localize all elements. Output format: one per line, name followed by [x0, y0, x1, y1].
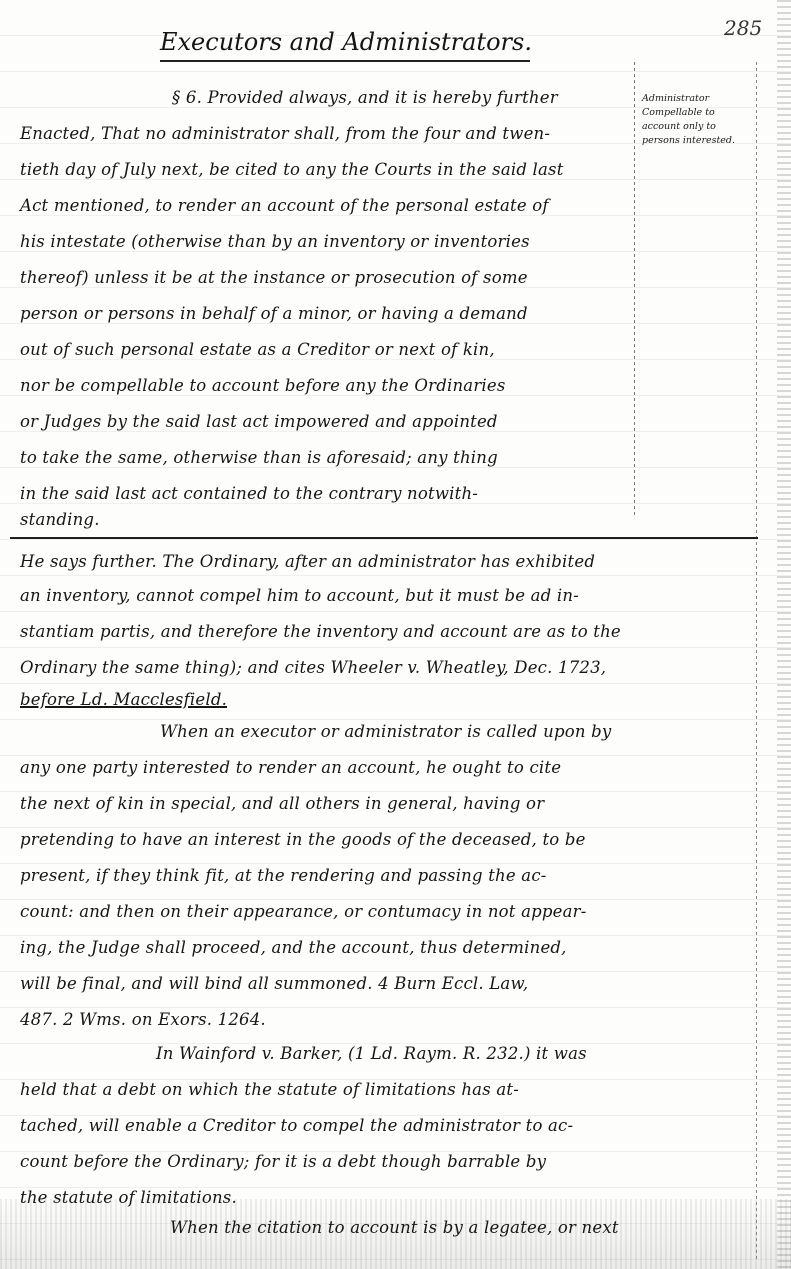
text-line: the statute of limitations. [20, 1188, 237, 1207]
text-line: When the citation to account is by a leg… [170, 1218, 619, 1237]
text-line: tached, will enable a Creditor to compel… [20, 1116, 573, 1135]
page-number: 285 [724, 16, 762, 40]
text-line: held that a debt on which the statute of… [20, 1080, 519, 1099]
text-line: to take the same, otherwise than is afor… [20, 448, 498, 467]
running-head-underline [160, 60, 530, 62]
text-line: thereof) unless it be at the instance or… [20, 268, 528, 287]
text-line: nor be compellable to account before any… [20, 376, 506, 395]
text-line: Act mentioned, to render an account of t… [20, 196, 549, 215]
text-line: When an executor or administrator is cal… [160, 722, 611, 741]
marginal-note-line: persons interested. [642, 134, 758, 148]
text-line: any one party interested to render an ac… [20, 758, 561, 777]
text-line: count: and then on their appearance, or … [20, 902, 587, 921]
text-line: pretending to have an interest in the go… [20, 830, 586, 849]
text-line: out of such personal estate as a Credito… [20, 340, 495, 359]
text-line: count before the Ordinary; for it is a d… [20, 1152, 546, 1171]
text-line: ing, the Judge shall proceed, and the ac… [20, 938, 567, 957]
marginal-note-line: Compellable to [642, 106, 758, 120]
text-line: § 6. Provided always, and it is hereby f… [172, 88, 558, 107]
text-line: the next of kin in special, and all othe… [20, 794, 544, 813]
text-line: In Wainford v. Barker, (1 Ld. Raym. R. 2… [156, 1044, 587, 1063]
section-divider [10, 537, 758, 539]
marginal-note-line: Administrator [642, 92, 758, 106]
text-line: present, if they think fit, at the rende… [20, 866, 547, 885]
text-line: He says further. The Ordinary, after an … [20, 552, 595, 571]
text-line: will be final, and will bind all summone… [20, 974, 528, 993]
text-line: in the said last act contained to the co… [20, 484, 478, 503]
marginal-note: Administrator Compellable to account onl… [642, 92, 758, 148]
marginal-note-line: account only to [642, 120, 758, 134]
text-line: or Judges by the said last act impowered… [20, 412, 498, 431]
text-line: person or persons in behalf of a minor, … [20, 304, 528, 323]
text-line: an inventory, cannot compel him to accou… [20, 586, 579, 605]
manuscript-page: 285 Executors and Administrators. Admini… [0, 0, 791, 1269]
text-line: tieth day of July next, be cited to any … [20, 160, 564, 179]
text-line: Enacted, That no administrator shall, fr… [20, 124, 550, 143]
text-line: standing. [20, 510, 100, 529]
text-line: Ordinary the same thing); and cites Whee… [20, 658, 606, 677]
text-line: his intestate (otherwise than by an inve… [20, 232, 530, 251]
right-ruling-line [756, 62, 757, 1262]
text-line: stantiam partis, and therefore the inven… [20, 622, 621, 641]
text-line: 487. 2 Wms. on Exors. 1264. [20, 1010, 266, 1029]
running-head: Executors and Administrators. [160, 28, 532, 56]
page-edge-shadow [777, 0, 791, 1269]
margin-rule [634, 62, 635, 518]
text-line: before Ld. Macclesfield. [20, 690, 227, 709]
